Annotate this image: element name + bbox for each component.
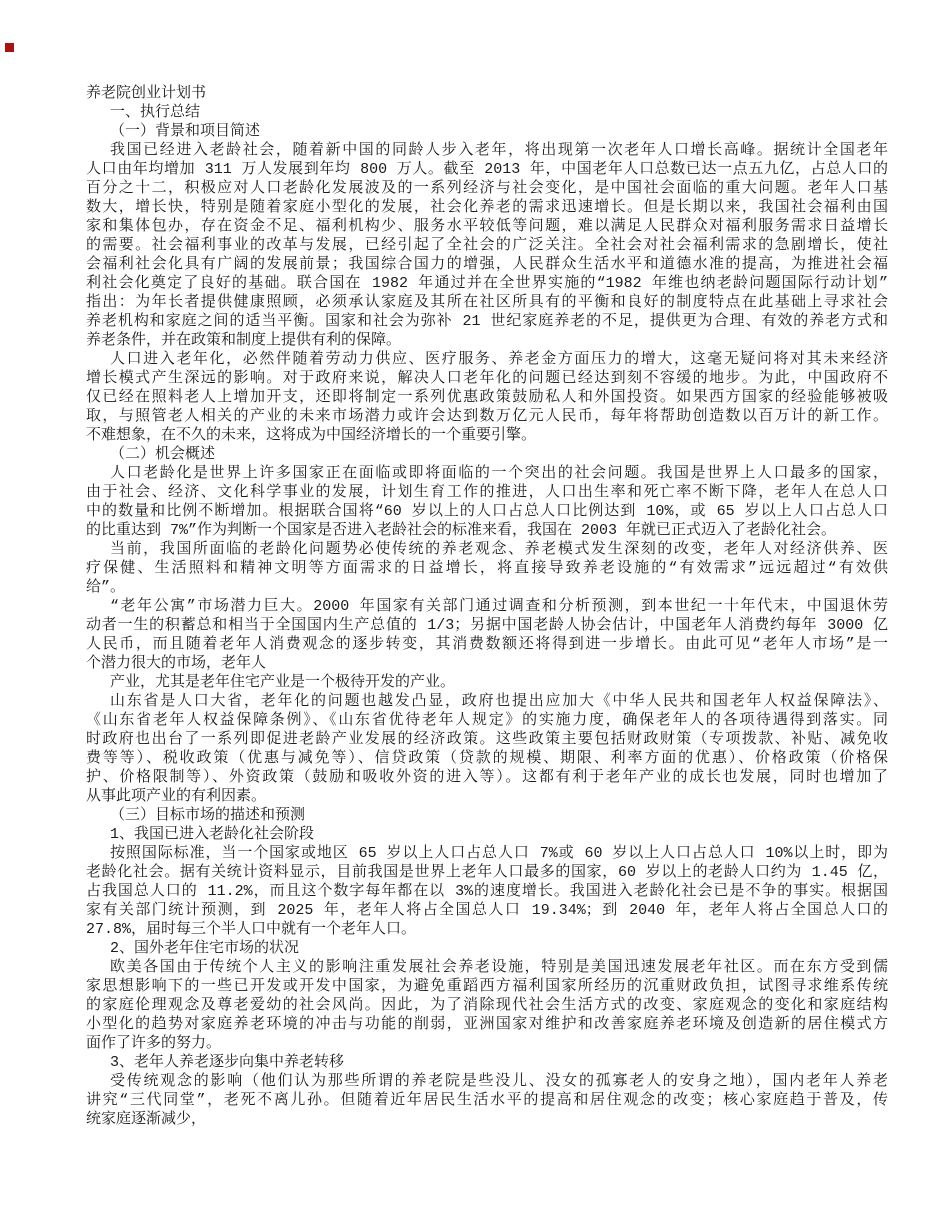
- text-line: 养老机构和家庭之间的适当平衡。国家和社会为弥补 21 世纪家庭养老的不足，提供更…: [86, 312, 888, 331]
- text-line: 家思想影响下的一些已开发或开发中国家，为避免重蹈西方福利国家所经历的沉重财政负担…: [86, 977, 888, 996]
- text-line: 仅已经在照料老人上增加开支，还即将制定一系列优惠政策鼓励私人和外国投资。如果西方…: [86, 388, 888, 407]
- text-line: 取，与照管老人相关的产业的未来市场潜力或许会达到数万亿元人民币，每年将帮助创造数…: [86, 407, 888, 426]
- text-line: 家和集体包办，存在资金不足、福利机构少、服务水平较低等问题，难以满足人民群众对福…: [86, 217, 888, 236]
- text-line: 动者一生的积蓄总和相当于全国国内生产总值的 1/3；另据中国老龄人协会估计，中国…: [86, 616, 888, 635]
- text-line: 从事此项产业的有利因素。: [86, 787, 888, 806]
- text-line: 山东省是人口大省，老年化的问题也越发凸显，政府也提出应加大《中华人民共和国老年人…: [86, 692, 888, 711]
- text-line: 家有关部门统计预测，到 2025 年，老年人将占全国总人口 19.34%；到 2…: [86, 901, 888, 920]
- text-line: 2、国外老年住宅市场的状况: [86, 939, 888, 958]
- text-line: “老年公寓”市场潜力巨大。2000 年国家有关部门通过调查和分析预测，到本世纪一…: [86, 597, 888, 616]
- text-line: 时政府也出台了一系列即促进老龄产业发展的经济政策。这些政策主要包括财政财策（专项…: [86, 730, 888, 749]
- red-marker: [5, 43, 14, 52]
- text-line: 按照国际标准，当一个国家或地区 65 岁以上人口占总人口 7%或 60 岁以上人…: [86, 844, 888, 863]
- text-line: 的家庭伦理观念及尊老爱幼的社会风尚。因此，为了消除现代社会生活方式的改变、家庭观…: [86, 996, 888, 1015]
- text-line: 当前，我国所面临的老龄化问题势必使传统的养老观念、养老模式发生深刻的改变，老年人…: [86, 540, 888, 559]
- text-line: 面作了许多的努力。: [86, 1034, 888, 1053]
- text-line: 数大，增长快，特别是随着家庭小型化的发展，社会化养老的需求迅速增长。但是长期以来…: [86, 198, 888, 217]
- document-body: 养老院创业计划书一、执行总结（一）背景和项目简述我国已经进入老龄社会，随着新中国…: [86, 84, 888, 1129]
- text-line: 会福利社会化具有广阔的发展前景；我国综合国力的增强，人民群众生活水平和道德水准的…: [86, 255, 888, 274]
- document-page: 养老院创业计划书一、执行总结（一）背景和项目简述我国已经进入老龄社会，随着新中国…: [0, 0, 950, 1230]
- text-line: 3、老年人养老逐步向集中养老转移: [86, 1053, 888, 1072]
- text-line: 给”。: [86, 578, 888, 597]
- text-line: 利社会化奠定了良好的基础。联合国在 1982 年通过并在全世界实施的“1982 …: [86, 274, 888, 293]
- text-line: 《山东省老年人权益保障条例》、《山东省优待老年人规定》的实施力度，确保老年人的各…: [86, 711, 888, 730]
- text-line: 费等等）、税收政策（优惠与减免等）、信贷政策（贷款的规模、期限、利率方面的优惠）…: [86, 749, 888, 768]
- text-line: 个潜力很大的市场，老年人: [86, 654, 888, 673]
- text-line: 人口老龄化是世界上许多国家正在面临或即将面临的一个突出的社会问题。我国是世界上人…: [86, 464, 888, 483]
- text-line: （二）机会概述: [86, 445, 888, 464]
- text-line: 产业，尤其是老年住宅产业是一个极待开发的产业。: [86, 673, 888, 692]
- text-line: （一）背景和项目简述: [86, 122, 888, 141]
- text-line: 指出：为年长者提供健康照顾，必须承认家庭及其所在社区所具有的平衡和良好的制度特点…: [86, 293, 888, 312]
- text-line: 疗保健、生活照料和精神文明等方面需求的日益增长，将直接导致养老设施的“有效需求”…: [86, 559, 888, 578]
- document-title: 养老院创业计划书: [86, 84, 888, 103]
- text-line: 占我国总人口的 11.2%，而且这个数字每年都在以 3%的速度增长。我国进入老龄…: [86, 882, 888, 901]
- text-line: 一、执行总结: [86, 103, 888, 122]
- text-line: 的需要。社会福利事业的改革与发展，已经引起了全社会的广泛关注。全社会对社会福利需…: [86, 236, 888, 255]
- text-line: 护、价格限制等）、外资政策（鼓励和吸收外资的进入等）。这都有利于老年产业的成长也…: [86, 768, 888, 787]
- text-line: 百分之十二，积极应对人口老龄化发展波及的一系列经济与社会变化，是中国社会面临的重…: [86, 179, 888, 198]
- text-line: 我国已经进入老龄社会，随着新中国的同龄人步入老年，将出现第一次老年人口增长高峰。…: [86, 141, 888, 160]
- text-line: 养老条件，并在政策和制度上提供有利的保障。: [86, 331, 888, 350]
- text-line: 老龄化社会。据有关统计资料显示，目前我国是世界上老年人口最多的国家，60 岁以上…: [86, 863, 888, 882]
- text-line: 欧美各国由于传统个人主义的影响注重发展社会养老设施，特别是美国迅速发展老年社区。…: [86, 958, 888, 977]
- text-line: 由于社会、经济、文化科学事业的发展，计划生育工作的推进，人口出生率和死亡率不断下…: [86, 483, 888, 502]
- text-line: 统家庭逐渐减少，: [86, 1110, 888, 1129]
- text-line: 受传统观念的影响（他们认为那些所谓的养老院是些没儿、没女的孤寡老人的安身之地），…: [86, 1072, 888, 1091]
- text-line: 不难想象，在不久的未来，这将成为中国经济增长的一个重要引擎。: [86, 426, 888, 445]
- text-line: 小型化的趋势对家庭养老环境的冲击与功能的削弱，亚洲国家对维护和改善家庭养老环境及…: [86, 1015, 888, 1034]
- text-line: 增长模式产生深远的影响。对于政府来说，解决人口老年化的问题已经达到刻不容缓的地步…: [86, 369, 888, 388]
- text-line: 人口由年均增加 311 万人发展到年均 800 万人。截至 2013 年，中国老…: [86, 160, 888, 179]
- text-line: 1、我国已进入老龄化社会阶段: [86, 825, 888, 844]
- text-line: 讲究“三代同堂”，老死不离儿孙。但随着近年居民生活水平的提高和居住观念的改变；核…: [86, 1091, 888, 1110]
- text-line: 中的数量和比例不断增加。根据联合国将“60 岁以上的人口占总人口比例达到 10%…: [86, 502, 888, 521]
- text-line: 27.8%，届时每三个半人口中就有一个老年人口。: [86, 920, 888, 939]
- text-line: 的比重达到 7%”作为判断一个国家是否进入老龄社会的标准来看，我国在 2003 …: [86, 521, 888, 540]
- text-line: （三）目标市场的描述和预测: [86, 806, 888, 825]
- text-line: 人口进入老年化，必然伴随着劳动力供应、医疗服务、养老金方面压力的增大，这毫无疑问…: [86, 350, 888, 369]
- text-line: 人民币，而且随着老年人消费观念的逐步转变，其消费数额还将得到进一步增长。由此可见…: [86, 635, 888, 654]
